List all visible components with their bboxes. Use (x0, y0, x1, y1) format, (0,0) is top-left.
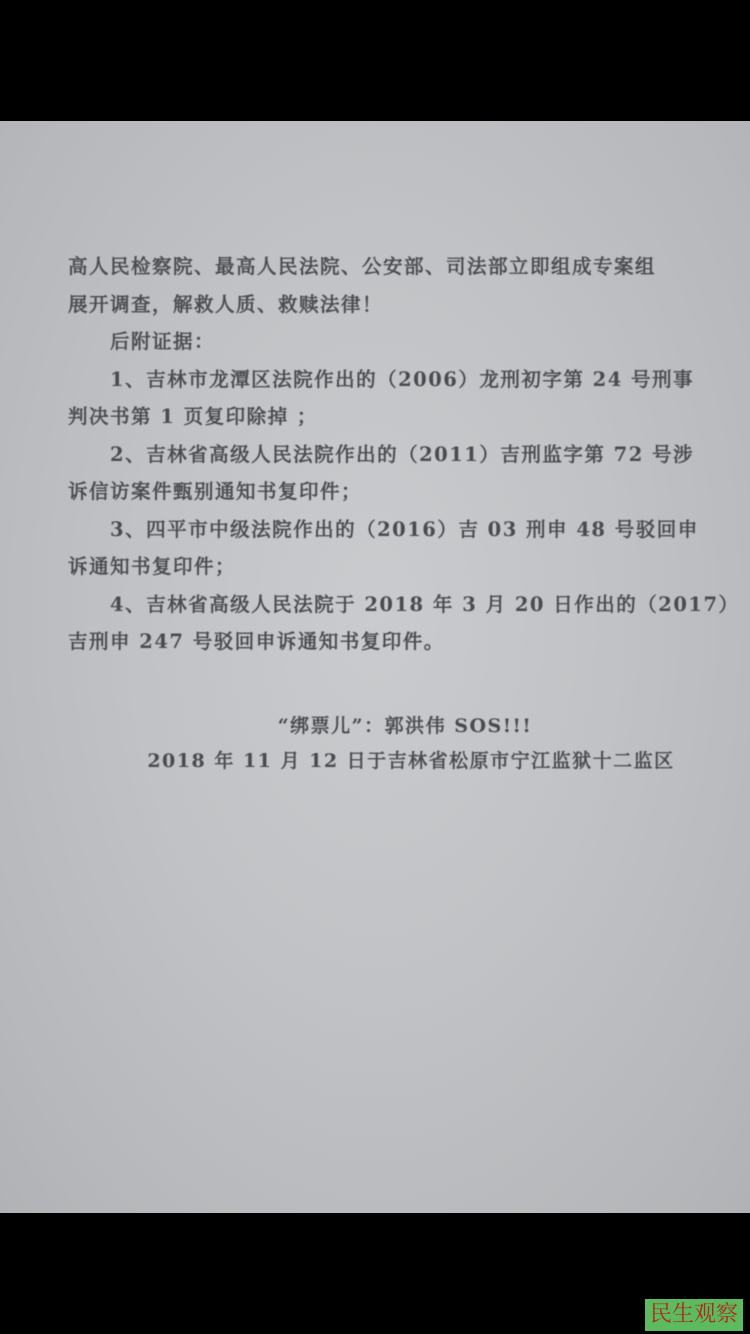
photo-viewer: 高人民检察院、最高人民法院、公安部、司法部立即组成专案组 展开调查，解救人质、救… (0, 0, 750, 1334)
evidence-item-1: 1、吉林市龙潭区法院作出的（2006）龙刑初字第 24 号刑事 (68, 361, 668, 399)
watermark-logo: 民生观察 (645, 1299, 743, 1331)
evidence-item-4: 4、吉林省高级人民法院于 2018 年 3 月 20 日作出的（2017） (68, 586, 668, 624)
evidence-item-3-cont: 诉通知书复印件； (68, 548, 668, 586)
signature-date-location: 2018 年 11 月 12 日于吉林省松原市宁江监狱十二监区 (0, 746, 750, 773)
paragraph-line: 高人民检察院、最高人民法院、公安部、司法部立即组成专案组 (68, 248, 668, 286)
evidence-item-3: 3、四平市中级法院作出的（2016）吉 03 刑申 48 号驳回申 (68, 511, 668, 549)
evidence-item-2-cont: 诉信访案件甄别通知书复印件； (68, 473, 668, 511)
evidence-item-1-cont: 判决书第 1 页复印除掉 ； (68, 398, 668, 436)
document-photo: 高人民检察院、最高人民法院、公安部、司法部立即组成专案组 展开调查，解救人质、救… (0, 121, 750, 1213)
paragraph-line: 展开调查，解救人质、救赎法律！ (68, 286, 668, 324)
evidence-heading: 后附证据： (68, 323, 668, 361)
document-body: 高人民检察院、最高人民法院、公安部、司法部立即组成专案组 展开调查，解救人质、救… (68, 248, 668, 661)
signature-name: “绑票儿”：郭洪伟 SOS!!! (0, 711, 750, 738)
evidence-item-4-cont: 吉刑申 247 号驳回申诉通知书复印件。 (68, 623, 668, 661)
evidence-item-2: 2、吉林省高级人民法院作出的（2011）吉刑监字第 72 号涉 (68, 436, 668, 474)
